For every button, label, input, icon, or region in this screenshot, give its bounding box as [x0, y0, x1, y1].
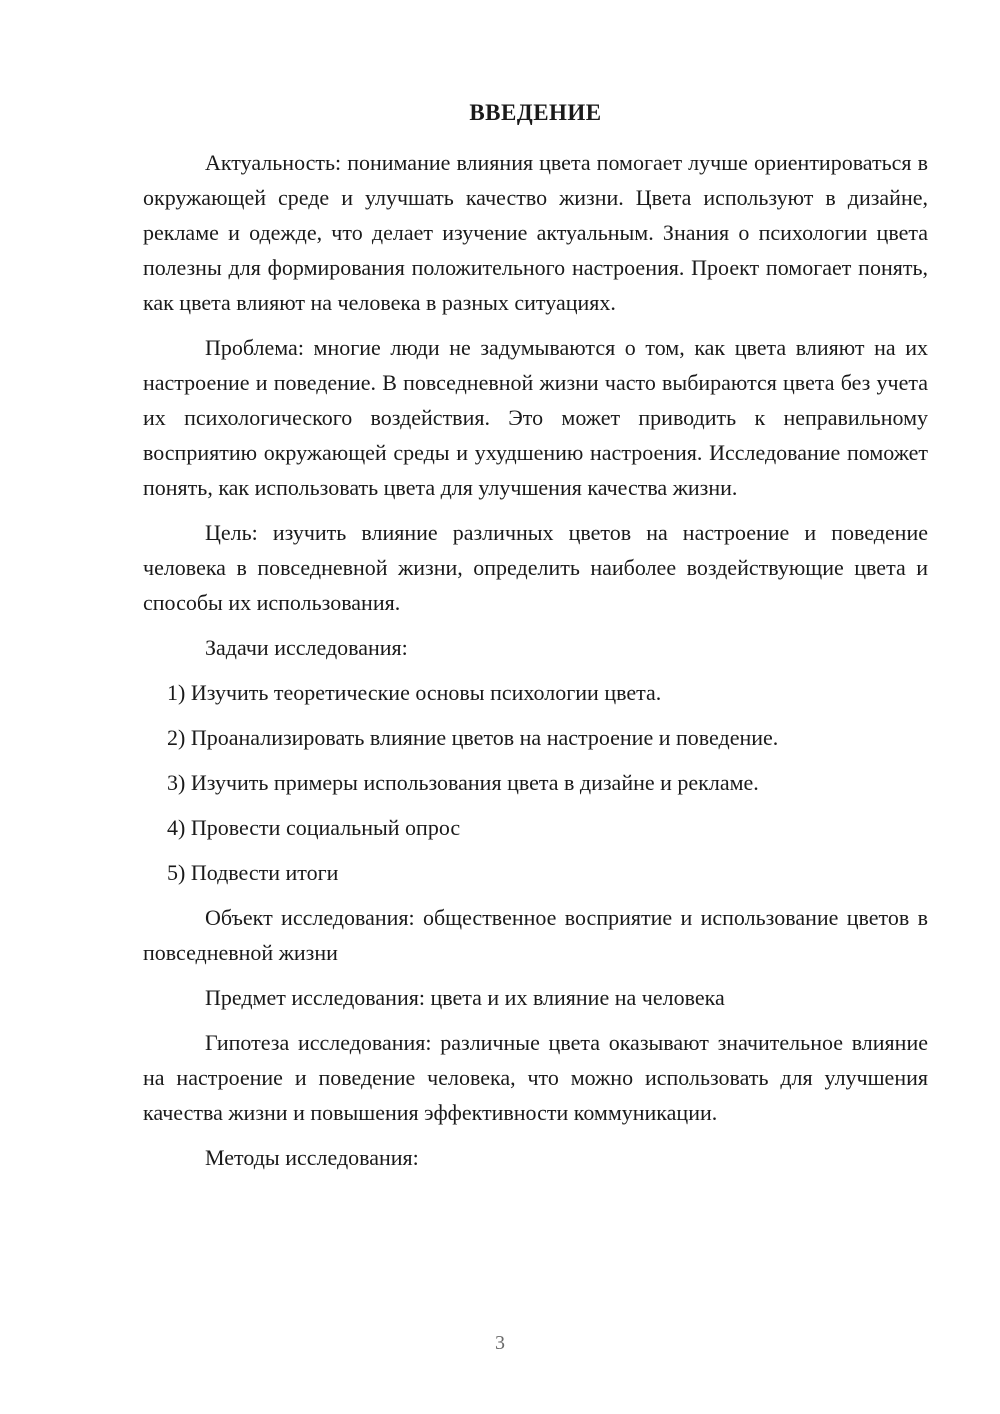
paragraph-predmet: Предмет исследования: цвета и их влияние…	[143, 980, 928, 1015]
paragraph-problema: Проблема: многие люди не задумываются о …	[143, 330, 928, 505]
task-item-5: 5) Подвести итоги	[143, 855, 928, 890]
document-page: ВВЕДЕНИЕ Актуальность: понимание влияния…	[0, 0, 1000, 1414]
paragraph-metody-heading: Методы исследования:	[143, 1140, 928, 1175]
task-item-2: 2) Проанализировать влияние цветов на на…	[143, 720, 928, 755]
paragraph-aktualnost: Актуальность: понимание влияния цвета по…	[143, 145, 928, 320]
page-title: ВВЕДЕНИЕ	[143, 95, 928, 130]
paragraph-tsel: Цель: изучить влияние различных цветов н…	[143, 515, 928, 620]
paragraph-gipoteza: Гипотеза исследования: различные цвета о…	[143, 1025, 928, 1130]
task-item-1: 1) Изучить теоретические основы психолог…	[143, 675, 928, 710]
page-number: 3	[0, 1328, 1000, 1358]
task-item-3: 3) Изучить примеры использования цвета в…	[143, 765, 928, 800]
task-item-4: 4) Провести социальный опрос	[143, 810, 928, 845]
paragraph-obekt: Объект исследования: общественное воспри…	[143, 900, 928, 970]
tasks-list: 1) Изучить теоретические основы психолог…	[143, 675, 928, 890]
tasks-heading: Задачи исследования:	[143, 630, 928, 665]
